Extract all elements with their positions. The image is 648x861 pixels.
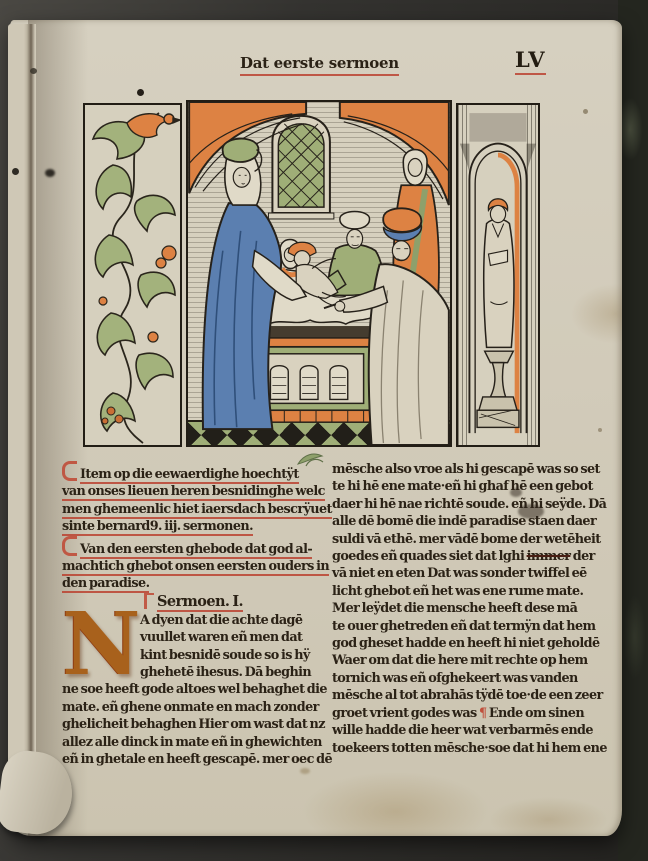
foxing-spot — [137, 89, 144, 96]
foxing-spot — [583, 109, 588, 114]
text-line: eñ in ghetale en heeft gescapē. mer oec … — [62, 751, 336, 768]
book-binding-edge — [618, 0, 648, 861]
rubric-line: men ghemeenlic hiet iaersdach bescrÿuet — [62, 501, 336, 518]
foxing-spot — [45, 169, 55, 177]
arched-window-icon — [268, 116, 333, 219]
text-line: mēsche also vroe als hi gescapē was so s… — [332, 461, 614, 478]
text-line: daer hi hē nae richtē soude. eñ hi seÿde… — [332, 496, 614, 513]
sermon-heading: Sermoen. I. — [144, 593, 336, 612]
text-line: mēsche al tot abrahās tÿdē toe·de een ze… — [332, 687, 614, 704]
circumcision-scene-figures — [188, 102, 450, 445]
lombard-paragraph-mark-icon — [62, 461, 77, 481]
ink-smudge — [510, 488, 522, 497]
struck-through-word: immer — [527, 549, 571, 564]
text-line: alle dē bomē die indē paradise staen dae… — [332, 513, 614, 530]
text-line: te hi hē ene mate·eñ hi ghaf hē een gebo… — [332, 478, 614, 495]
rubric-line: machtich ghebot onsen eersten ouders in — [62, 558, 336, 575]
text-line: mate. eñ ghene onmate en mach zonder — [62, 699, 336, 716]
saint-niche-panel — [456, 103, 540, 447]
foxing-spot — [598, 428, 602, 432]
text-line: ne soe heeft gode altoes wel behaghet di… — [62, 681, 336, 698]
woodcut-illustration — [83, 100, 540, 448]
saint-statue-icon — [458, 105, 538, 445]
text-line-pilcrow: groet vrient godes was ¶ Ende om sinen — [332, 705, 614, 722]
statue-pedestal — [477, 351, 519, 427]
text-line: suldi vā ethē. mer vādē bome der wetēhei… — [332, 531, 614, 548]
rubric-line: van onses lieuen heren besnidinghe welc — [62, 483, 336, 500]
text-line: vā niet en eten Dat was sonder twiffel e… — [332, 565, 614, 582]
book-page: Dat eerste sermoen LV — [10, 20, 622, 836]
text-line: allez alle dinck in mate eñ in ghewichte… — [62, 734, 336, 751]
foxing-spot — [30, 68, 37, 74]
red-pilcrow-icon: ¶ — [479, 706, 487, 721]
red-bracket-icon — [144, 593, 154, 609]
text-line: god gheset hadde en heeft hi niet gehold… — [332, 635, 614, 652]
lombard-paragraph-mark-icon — [62, 536, 77, 556]
text-line: te ouer ghetreden eñ dat termÿn dat hem — [332, 618, 614, 635]
left-text-column: Item op die eewaerdighe hoechtÿt van ons… — [62, 461, 336, 769]
rubric-line: sinte bernard9. iij. sermonen. — [62, 518, 336, 535]
text-line: toekeers totten mēsche·soe dat hi hem en… — [332, 740, 614, 757]
sermon-paragraph: N A dyen dat die achte dagē vuullet ware… — [62, 612, 336, 769]
text-line: Waer om dat die here mit rechte op hem — [332, 652, 614, 669]
folio-number: LV — [515, 47, 546, 75]
rubric-line: den paradise. — [62, 575, 336, 592]
bird-icon — [127, 114, 180, 138]
acanthus-foliage-icon — [85, 105, 180, 445]
right-text-column: mēsche also vroe als hi gescapē was so s… — [332, 461, 614, 757]
running-title: Dat eerste sermoen — [240, 54, 399, 76]
rubric-line: Item op die eewaerdighe hoechtÿt — [62, 461, 336, 483]
text-line: wille hadde die heer wat verbarmēs ende — [332, 722, 614, 739]
text-line: Mer leÿdet die mensche heeft dese mā — [332, 600, 614, 617]
circumcision-scene-panel — [186, 100, 452, 447]
photo-background: Dat eerste sermoen LV — [0, 0, 648, 861]
text-line-struck-word: goedes eñ quades siet dat lghi immer der — [332, 548, 614, 565]
illuminated-initial-N: N — [62, 612, 140, 681]
foxing-spot — [300, 768, 310, 774]
ink-smudge — [518, 504, 544, 519]
text-line: ghelicheit behaghen Hier om wast dat nz — [62, 716, 336, 733]
facing-page-edge — [8, 24, 36, 832]
foliate-border-panel — [83, 103, 182, 447]
text-line: tornich was eñ ofghekeert was vanden — [332, 670, 614, 687]
text-line: licht ghebot eñ het was ene rume mate. — [332, 583, 614, 600]
rubric-line: Van den eersten ghebode dat god al- — [62, 536, 336, 558]
foxing-spot — [12, 168, 19, 175]
